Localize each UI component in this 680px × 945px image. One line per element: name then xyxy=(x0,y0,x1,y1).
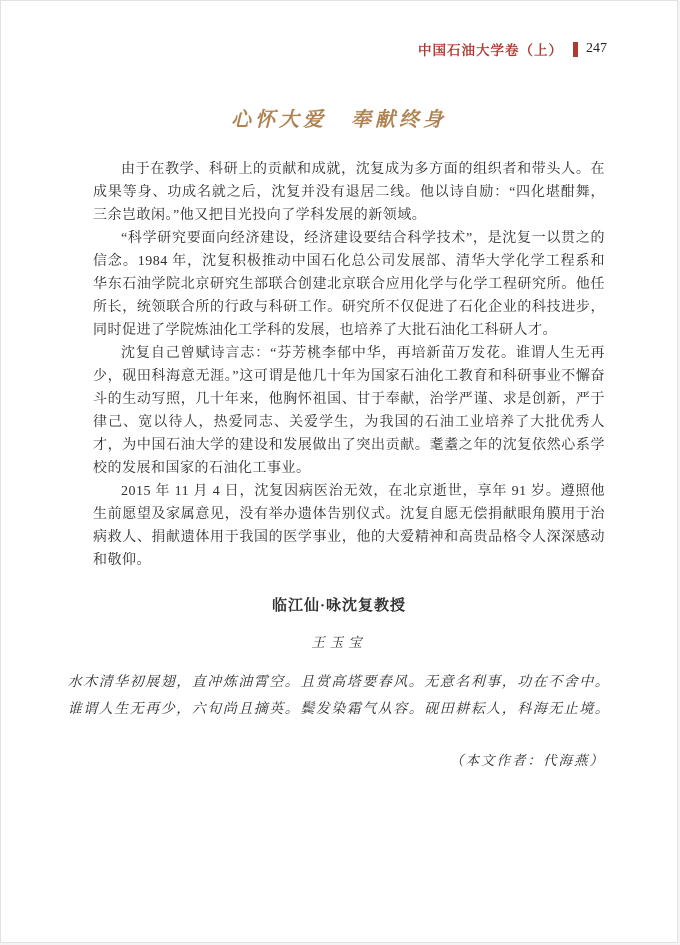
volume-title: 中国石油大学卷（上） xyxy=(418,39,563,59)
poem-line: 谁谓人生无再少，六旬尚且摘英。鬓发染霜气从容。砚田耕耘人，科海无止境。 xyxy=(1,696,677,723)
header-divider-bar xyxy=(573,42,578,57)
article-title: 心怀大爱 奉献终身 xyxy=(1,103,677,132)
page-number: 247 xyxy=(586,41,607,57)
article-paragraph: 沈复自己曾赋诗言志：“芬芳桃李郁中华，再培新苗万发花。谁谓人生无再少，砚田科海意… xyxy=(93,342,605,480)
poem-line: 水木清华初展翅，直冲炼油霄空。且赏高塔要春风。无意名利事，功在不舍中。 xyxy=(1,669,677,696)
author-attribution: （本文作者：代海燕） xyxy=(1,749,605,769)
article-paragraph: 2015 年 11 月 4 日，沈复因病医治无效，在北京逝世，享年 91 岁。遵… xyxy=(93,480,605,572)
poem-body: 水木清华初展翅，直冲炼油霄空。且赏高塔要春风。无意名利事，功在不舍中。 谁谓人生… xyxy=(1,669,677,723)
article-body: 由于在教学、科研上的贡献和成就，沈复成为多方面的组织者和带头人。在成果等身、功成… xyxy=(93,158,605,572)
poem-title: 临江仙·咏沈复教授 xyxy=(1,594,677,615)
book-page: 中国石油大学卷（上） 247 心怀大爱 奉献终身 由于在教学、科研上的贡献和成就… xyxy=(0,0,678,943)
poem-author: 王玉宝 xyxy=(1,631,677,651)
article-paragraph: “科学研究要面向经济建设，经济建设要结合科学技术”，是沈复一以贯之的信念。198… xyxy=(93,227,605,342)
article-paragraph: 由于在教学、科研上的贡献和成就，沈复成为多方面的组织者和带头人。在成果等身、功成… xyxy=(93,158,605,227)
running-header: 中国石油大学卷（上） 247 xyxy=(1,1,677,59)
